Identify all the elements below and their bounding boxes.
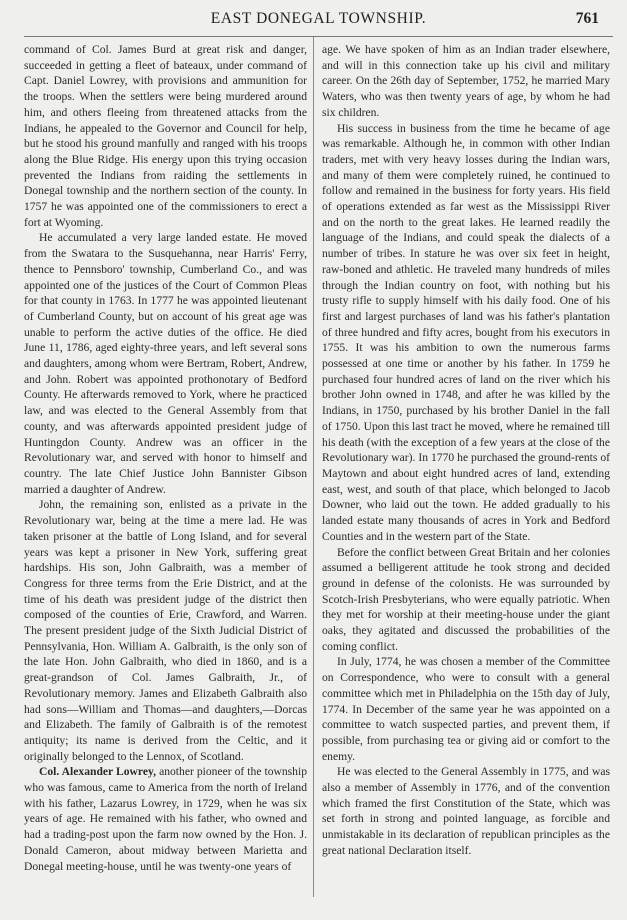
paragraph: His success in business from the time he… <box>322 121 610 545</box>
paragraph-lowrey: Col. Alexander Lowrey, another pioneer o… <box>24 764 307 874</box>
paragraph: He accumulated a very large landed estat… <box>24 230 307 497</box>
paragraph: Before the conflict between Great Britai… <box>322 545 610 655</box>
paragraph-text: another pioneer of the township who was … <box>24 765 307 872</box>
paragraph: In July, 1774, he was chosen a member of… <box>322 654 610 764</box>
page-header: EAST DONEGAL TOWNSHIP. 761 <box>24 8 613 34</box>
page-number: 761 <box>576 10 599 28</box>
header-rule <box>24 36 613 37</box>
column-divider <box>313 37 314 897</box>
paragraph: age. We have spoken of him as an Indian … <box>322 42 610 121</box>
paragraph: John, the remaining son, enlisted as a p… <box>24 497 307 764</box>
right-column: age. We have spoken of him as an Indian … <box>322 42 610 859</box>
left-column: command of Col. James Burd at great risk… <box>24 42 307 874</box>
paragraph: command of Col. James Burd at great risk… <box>24 42 307 230</box>
running-title: EAST DONEGAL TOWNSHIP. <box>24 10 613 28</box>
subject-name: Col. Alexander Lowrey, <box>39 765 156 778</box>
paragraph: He was elected to the General Assembly i… <box>322 764 610 858</box>
